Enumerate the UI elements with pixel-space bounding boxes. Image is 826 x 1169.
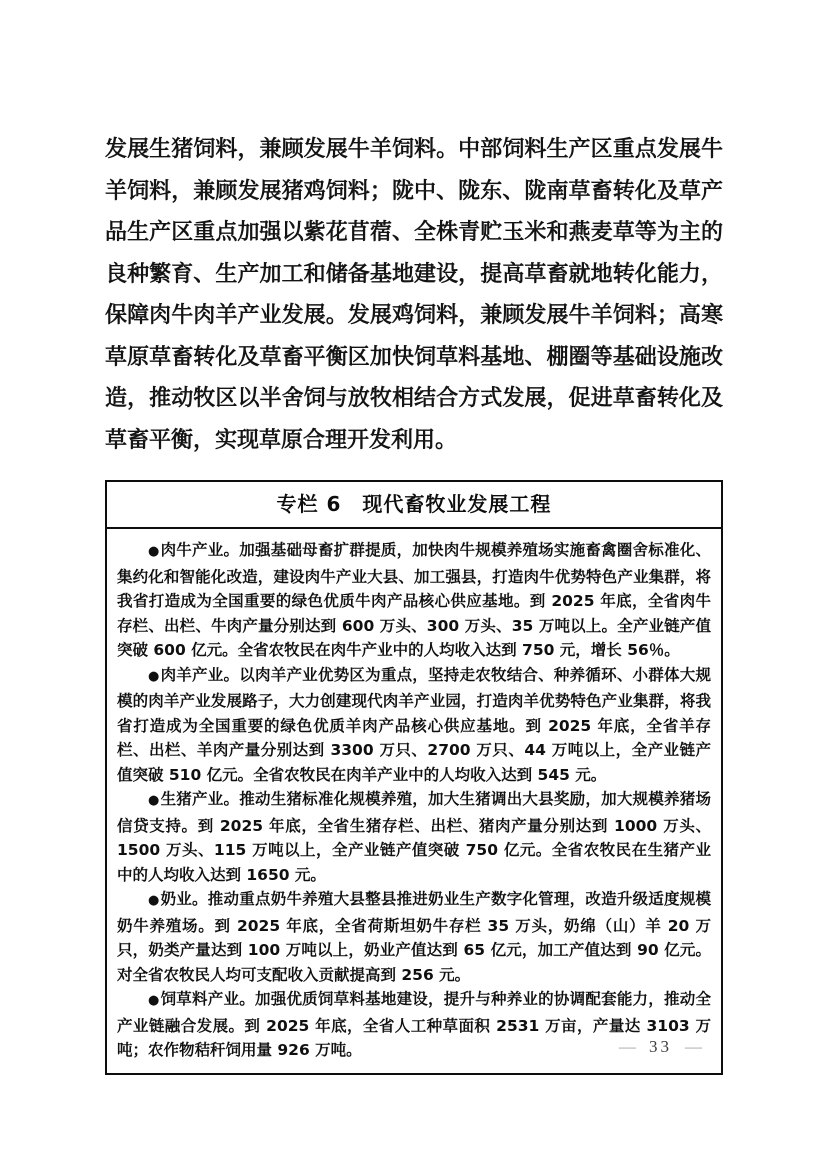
bullet-icon: ● <box>148 669 160 684</box>
footer-dash-right: — <box>685 1037 702 1057</box>
page-content: 发展生猪饲料，兼顾发展牛羊饲料。中部饲料生产区重点发展牛羊饲料，兼顾发展猪鸡饲料… <box>105 129 723 1075</box>
box-item-mutton-sheep: ●肉羊产业。以肉羊产业优势区为重点，坚持走农牧结合、种养循环、小群体大规模的肉羊… <box>117 663 711 788</box>
box-item-text: 肉牛产业。加强基础母畜扩群提质，加快肉牛规模养殖场实施畜禽圈舍标准化、集约化和智… <box>117 541 711 659</box>
feature-box: 专栏 6 现代畜牧业发展工程 ●肉牛产业。加强基础母畜扩群提质，加快肉牛规模养殖… <box>105 480 723 1075</box>
bullet-icon: ● <box>148 544 160 559</box>
box-item-beef-cattle: ●肉牛产业。加强基础母畜扩群提质，加快肉牛规模养殖场实施畜禽圈舍标准化、集约化和… <box>117 538 711 663</box>
box-item-text: 奶业。推动重点奶牛养殖大县整县推进奶业生产数字化管理，改造升级适度规模奶牛养殖场… <box>117 890 711 984</box>
footer-dash-left: — <box>619 1037 636 1057</box>
box-item-text: 肉羊产业。以肉羊产业优势区为重点，坚持走农牧结合、种养循环、小群体大规模的肉羊产… <box>117 666 711 784</box>
feature-box-body: ●肉牛产业。加强基础母畜扩群提质，加快肉牛规模养殖场实施畜禽圈舍标准化、集约化和… <box>107 529 721 1073</box>
document-page: 发展生猪饲料，兼顾发展牛羊饲料。中部饲料生产区重点发展牛羊饲料，兼顾发展猪鸡饲料… <box>0 0 826 1169</box>
feature-box-title: 专栏 6 现代畜牧业发展工程 <box>107 482 721 529</box>
body-paragraph: 发展生猪饲料，兼顾发展牛羊饲料。中部饲料生产区重点发展牛羊饲料，兼顾发展猪鸡饲料… <box>105 129 723 461</box>
page-footer: — 33 — <box>619 1037 702 1057</box>
box-item-pig: ●生猪产业。推动生猪标准化规模养殖，加大生猪调出大县奖励，加大规模养猪场信贷支持… <box>117 787 711 887</box>
bullet-icon: ● <box>148 893 160 908</box>
page-number: 33 <box>649 1037 672 1057</box>
bullet-icon: ● <box>148 793 160 808</box>
box-item-text: 生猪产业。推动生猪标准化规模养殖，加大生猪调出大县奖励，加大规模养猪场信贷支持。… <box>117 790 711 884</box>
bullet-icon: ● <box>148 993 160 1008</box>
box-item-dairy: ●奶业。推动重点奶牛养殖大县整县推进奶业生产数字化管理，改造升级适度规模奶牛养殖… <box>117 887 711 987</box>
